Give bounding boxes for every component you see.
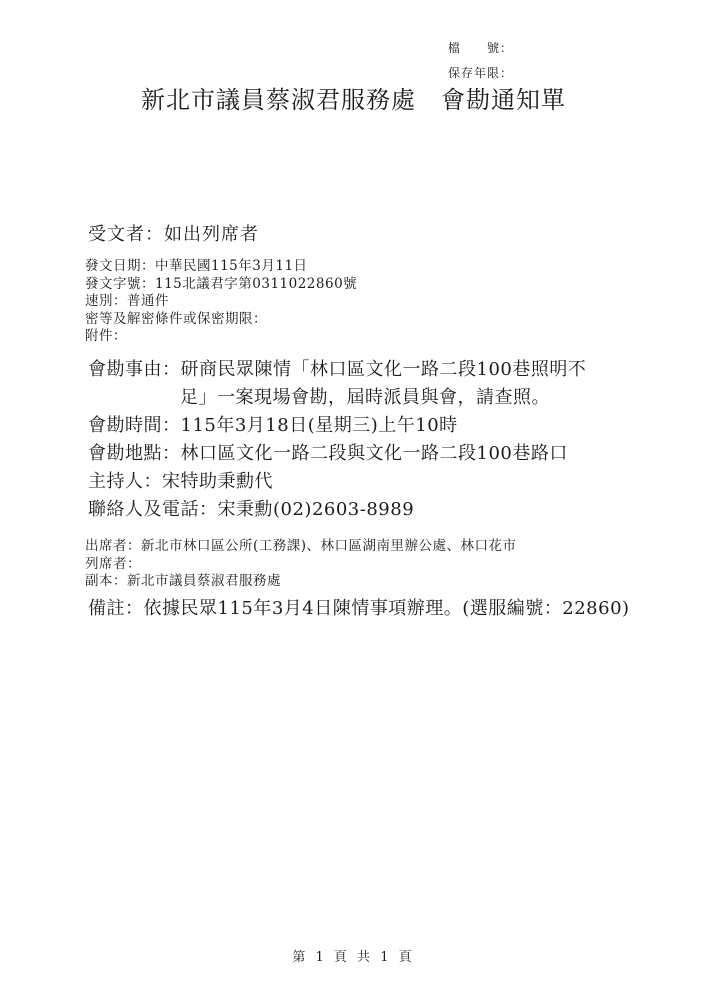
attendee-block: 出席者：新北市林口區公所(工務課)、林口區湖南里辦公處、林口花市 列席者： 副本… [85,538,517,591]
observers-line: 列席者： [85,556,517,574]
survey-location-line: 會勘地點：林口區文化一路二段與文化一路二段100巷路口 [88,440,648,468]
subject-line-2: 足」一案現場會勘，屆時派員與會，請查照。 [88,384,648,412]
survey-time-line: 會勘時間：115年3月18日(星期三)上午10時 [88,412,648,440]
notice-document-page: 檔 號： 保存年限： 新北市議員蔡淑君服務處 會勘通知單 受文者：如出列席者 發… [0,0,707,1000]
host-line: 主持人：宋特助秉勳代 [88,468,648,496]
recipient-line: 受文者：如出列席者 [88,220,259,246]
meta-block: 發文日期：中華民國115年3月11日 發文字號：115北議君字第03110228… [85,258,357,346]
page-footer: 第 1 頁 共 1 頁 [0,946,707,965]
copy-line: 副本：新北市議員蔡淑君服務處 [85,573,517,591]
subject-line-1: 會勘事由：研商民眾陳情「林口區文化一路二段100巷照明不 [88,356,648,384]
present-line: 出席者：新北市林口區公所(工務課)、林口區湖南里辦公處、林口花市 [85,538,517,556]
speed-line: 速別：普通件 [85,293,357,311]
file-header-block: 檔 號： 保存年限： [448,36,513,86]
attachment-line: 附件： [85,328,357,346]
issue-date-line: 發文日期：中華民國115年3月11日 [85,258,357,276]
document-title: 新北市議員蔡淑君服務處 會勘通知單 [0,80,707,115]
file-no-label: 檔 號： [448,36,513,61]
contact-line: 聯絡人及電話：宋秉勳(02)2603-8989 [88,496,648,524]
doc-number-line: 發文字號：115北議君字第0311022860號 [85,276,357,294]
note-line: 備註：依據民眾115年3月4日陳情事項辦理。(選服編號：22860) [88,594,630,620]
body-block: 會勘事由：研商民眾陳情「林口區文化一路二段100巷照明不 足」一案現場會勘，屆時… [88,356,648,524]
security-line: 密等及解密條件或保密期限： [85,311,357,329]
